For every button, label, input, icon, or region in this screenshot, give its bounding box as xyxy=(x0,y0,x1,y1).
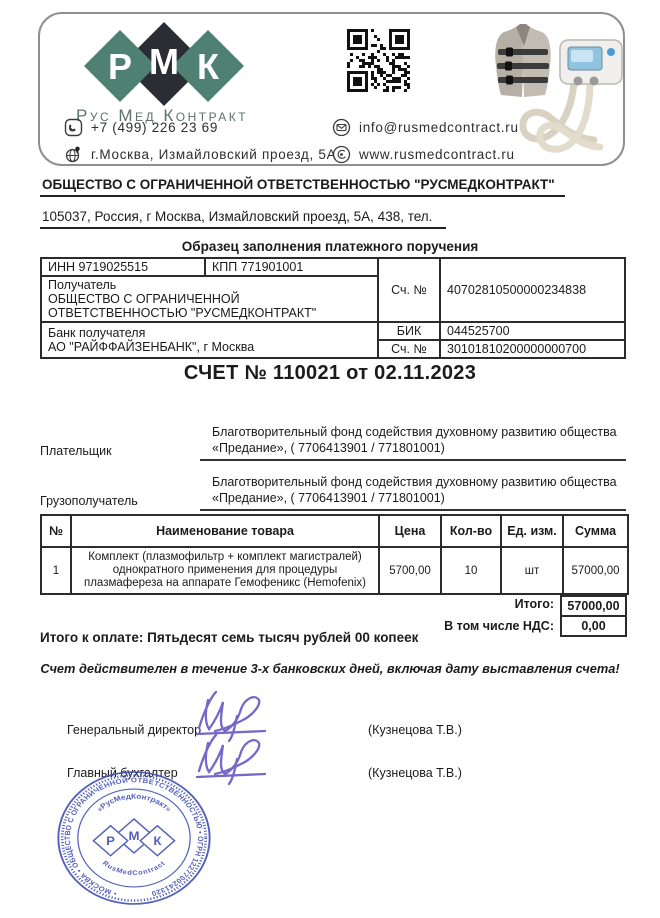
col-unit: Ед. изм. xyxy=(501,515,563,547)
stamp-letter-r: Р xyxy=(106,835,115,848)
item-row: 1 Комплект (плазмофильтр + комплект маги… xyxy=(41,547,628,594)
stamp-letter-m: М xyxy=(128,830,139,843)
bank-cell: Банк получателя АО "РАЙФФАЙЗЕНБАНК", г М… xyxy=(41,322,378,358)
invoice-document: Р М К Рус Мед Контракт +7 (499) 226 23 6… xyxy=(0,0,660,918)
logo-letter-m: М xyxy=(149,41,179,82)
validity-note: Счет действителен в течение 3-х банковск… xyxy=(0,661,660,676)
phone-number: +7 (499) 226 23 69 xyxy=(91,120,218,135)
consignee-row: Грузополучатель Благотворительный фонд с… xyxy=(40,474,626,511)
item-qty: 10 xyxy=(441,547,501,594)
logo-letter-r: Р xyxy=(108,46,132,87)
items-table: № Наименование товара Цена Кол-во Ед. из… xyxy=(40,514,629,595)
item-unit: шт xyxy=(501,547,563,594)
director-name: (Кузнецова Т.В.) xyxy=(368,723,462,737)
medical-device-photo xyxy=(478,16,625,162)
stamp-letter-k: К xyxy=(153,835,162,848)
globe-icon xyxy=(332,145,351,164)
corr-label-cell: Сч. № xyxy=(378,340,440,358)
bank-label: Банк получателя xyxy=(48,326,371,340)
vat-value: 0,00 xyxy=(560,615,627,637)
recipient-name: ОБЩЕСТВО С ОГРАНИЧЕННОЙ ОТВЕТСТВЕННОСТЬЮ… xyxy=(48,292,371,320)
payer-label: Плательщик xyxy=(40,444,200,461)
logo-letter-k: К xyxy=(197,46,220,87)
payer-row: Плательщик Благотворительный фонд содейс… xyxy=(40,424,626,461)
svg-text:RusMedContract: RusMedContract xyxy=(101,860,167,877)
company-address-line: 105037, Россия, г Москва, Измайловский п… xyxy=(40,209,446,229)
recipient-cell: Получатель ОБЩЕСТВО С ОГРАНИЧЕННОЙ ОТВЕТ… xyxy=(41,276,378,322)
total-value: 57000,00 xyxy=(560,595,627,617)
total-row: Итого: 57000,00 xyxy=(40,595,627,617)
items-section: № Наименование товара Цена Кол-во Ед. из… xyxy=(40,514,627,637)
address-row: г.Москва, Измайловский проезд, 5А xyxy=(64,145,336,164)
consignee-label: Грузополучатель xyxy=(40,494,200,511)
col-num: № xyxy=(41,515,71,547)
parties-section: Плательщик Благотворительный фонд содейс… xyxy=(40,424,626,524)
payment-sample-title: Образец заполнения платежного поручения xyxy=(0,239,660,254)
stamp-inner-bottom-text: RusMedContract xyxy=(101,860,167,877)
item-num: 1 xyxy=(41,547,71,594)
company-stamp: • МОСКВА • ОБЩЕСТВО С ОГРАНИЧЕННОЙ ОТВЕТ… xyxy=(56,770,212,906)
total-in-words: Итого к оплате: Пятьдесят семь тысяч руб… xyxy=(40,630,418,645)
total-label: Итого: xyxy=(515,595,560,617)
col-price: Цена xyxy=(379,515,441,547)
phone-row: +7 (499) 226 23 69 xyxy=(64,118,218,137)
inn-cell: ИНН 9719025515 xyxy=(41,258,205,276)
location-globe-icon xyxy=(64,145,83,164)
consignee-value: Благотворительный фонд содействия духовн… xyxy=(200,474,626,511)
company-name-line: ОБЩЕСТВО С ОГРАНИЧЕННОЙ ОТВЕТСТВЕННОСТЬЮ… xyxy=(40,177,565,197)
item-price: 5700,00 xyxy=(379,547,441,594)
payer-value: Благотворительный фонд содействия духовн… xyxy=(200,424,626,461)
bik-label-cell: БИК xyxy=(378,322,440,340)
director-label: Генеральный директор xyxy=(67,723,201,737)
rmk-logo: Р М К xyxy=(74,22,254,106)
vat-label: В том числе НДС: xyxy=(444,617,560,637)
items-header-row: № Наименование товара Цена Кол-во Ед. из… xyxy=(41,515,628,547)
col-sum: Сумма xyxy=(563,515,628,547)
phone-icon xyxy=(64,118,83,137)
address-text: г.Москва, Измайловский проезд, 5А xyxy=(91,147,336,162)
col-qty: Кол-во xyxy=(441,515,501,547)
recipient-label: Получатель xyxy=(48,278,371,292)
payment-sample-table: ИНН 9719025515 КПП 771901001 Сч. № 40702… xyxy=(40,257,626,359)
item-name: Комплект (плазмофильтр + комплект магист… xyxy=(71,547,379,594)
director-signature-row: Генеральный директор (Кузнецова Т.В.) xyxy=(40,698,626,746)
kpp-cell: КПП 771901001 xyxy=(205,258,378,276)
account-value-cell: 40702810500000234838 xyxy=(440,258,625,322)
qr-code xyxy=(347,29,410,92)
accountant-name: (Кузнецова Т.В.) xyxy=(368,766,462,780)
item-sum: 57000,00 xyxy=(563,547,628,594)
bank-name: АО "РАЙФФАЙЗЕНБАНК", г Москва xyxy=(48,340,371,354)
invoice-title: СЧЕТ № 110021 от 02.11.2023 xyxy=(0,362,660,385)
account-label-cell: Сч. № xyxy=(378,258,440,322)
bik-value-cell: 044525700 xyxy=(440,322,625,340)
corr-value-cell: 30101810200000000700 xyxy=(440,340,625,358)
col-name: Наименование товара xyxy=(71,515,379,547)
header-card: Р М К Рус Мед Контракт +7 (499) 226 23 6… xyxy=(38,12,625,166)
mail-icon xyxy=(332,118,351,137)
